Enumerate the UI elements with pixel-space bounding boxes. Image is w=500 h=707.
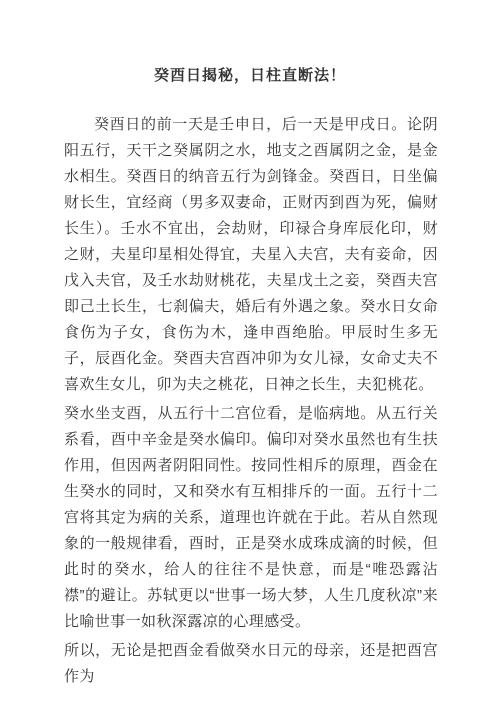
- document-title: 癸酉日揭秘，日柱直断法！: [0, 0, 500, 85]
- document-body: 癸酉日的前一天是壬申日，后一天是甲戌日。论阴阳五行，天干之癸属阴之水，地支之酉属…: [64, 112, 438, 690]
- paragraph-five-elements-analysis: 癸水坐支酉，从五行十二宫位看，是临病地。从五行关系看，酉中辛金是癸水偏印。偏印对…: [64, 401, 438, 635]
- paragraph-conclusion-partial: 所以，无论是把酉金看做癸水日元的母亲，还是把酉宫作为: [64, 638, 438, 690]
- paragraph-bazi-overview: 癸酉日的前一天是壬申日，后一天是甲戌日。论阴阳五行，天干之癸属阴之水，地支之酉属…: [64, 112, 438, 398]
- document-page: 癸酉日揭秘，日柱直断法！ 癸酉日的前一天是壬申日，后一天是甲戌日。论阴阳五行，天…: [0, 0, 500, 707]
